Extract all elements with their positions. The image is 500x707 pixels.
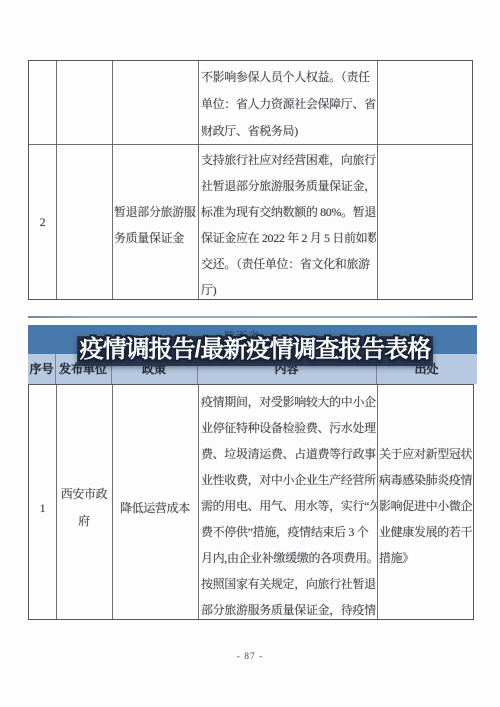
text-line: 业健康发展的若干 [379, 519, 474, 545]
text-line: 部分旅游服务质量保证金，待疫情 [201, 597, 377, 623]
row-seq-cell: 1 [29, 495, 56, 521]
header-seq: 序号 [28, 354, 55, 384]
table-gridline [377, 385, 378, 619]
text-line: 暂退部分旅游服 [114, 199, 197, 225]
table-gridline [112, 61, 113, 299]
text-line: 按照国家有关规定，向旅行社暂退 [201, 571, 377, 597]
row-unit-cell: 西安市政 府 [56, 481, 112, 535]
title-banner: 陕西省 疫情调报告/最新疫情调查报告表格 序号 发布单位 政策 内容 出处 [28, 316, 477, 384]
text-line: 务质量保证金 [114, 225, 197, 251]
table-gridline [377, 61, 378, 299]
text-line: 财政厅、省税务局) [201, 118, 376, 145]
text-line: 业性收费，对中小企业生产经营所 [201, 467, 377, 493]
text-line: 费不停供”措施，疫情结束后 3 个 [201, 519, 377, 545]
row-source-cell: 关于应对新型冠状 病毒感染肺炎疫情 影响促进中小微企 业健康发展的若干 措施》 [379, 441, 474, 571]
text-line: 标准为现有交纳数额的 80%。暂退 [201, 199, 376, 225]
text-line: 关于应对新型冠状 [379, 441, 474, 467]
banner-top-edge [28, 316, 477, 318]
text-line: 交还。（责任单位：省文化和旅游 [201, 251, 376, 277]
text-line: 社暂退部分旅游服务质量保证金， [201, 173, 376, 199]
table-gridline [198, 385, 199, 619]
table-gridline [56, 61, 57, 299]
text-line: 单位：省人力资源社会保障厅、省 [201, 91, 376, 118]
page-title: 疫情调报告/最新疫情调查报告表格 [77, 335, 433, 365]
text-line: 不影响参保人员个人权益。（责任 [201, 64, 376, 91]
text-line: 西安市政 [56, 481, 112, 508]
page-number: - 87 - [0, 652, 500, 662]
text-line: 厅) [201, 277, 376, 303]
header-divider [55, 354, 56, 384]
text-line: 支持旅行社应对经营困难，向旅行 [201, 147, 376, 173]
row-policy-cell: 降低运营成本 [112, 495, 198, 521]
upper-row2-seq-cell: 2 [29, 209, 56, 235]
text-line: 措施》 [379, 545, 474, 571]
upper-row2-content-cell: 支持旅行社应对经营困难，向旅行 社暂退部分旅游服务质量保证金， 标准为现有交纳数… [201, 147, 376, 303]
text-line: 费、垃圾清运费、占道费等行政事 [201, 441, 377, 467]
text-line: 需的用电、用气、用水等，实行“欠 [201, 493, 377, 519]
upper-row1-content-cell: 不影响参保人员个人权益。（责任 单位：省人力资源社会保障厅、省 财政厅、省税务局… [201, 64, 376, 145]
row-content-cell: 疫情期间，对受影响较大的中小企 业停征特种设备检验费、污水处理 费、垃圾清运费、… [201, 389, 377, 623]
document-page: 不影响参保人员个人权益。（责任 单位：省人力资源社会保障厅、省 财政厅、省税务局… [0, 0, 500, 707]
text-line: 疫情期间，对受影响较大的中小企 [201, 389, 377, 415]
table-gridline [198, 61, 199, 299]
text-line: 府 [56, 508, 112, 535]
text-line: 保证金应在 2022 年 2 月 5 日前如数 [201, 225, 376, 251]
text-line: 月内,由企业补缴缓缴的各项费用。 [201, 545, 377, 571]
title-strip: 疫情调报告/最新疫情调查报告表格 [77, 336, 433, 366]
text-line: 业停征特种设备检验费、污水处理 [201, 415, 377, 441]
upper-policy-table: 不影响参保人员个人权益。（责任 单位：省人力资源社会保障厅、省 财政厅、省税务局… [28, 60, 473, 300]
text-line: 病毒感染肺炎疫情 [379, 467, 474, 493]
upper-row2-policy-cell: 暂退部分旅游服 务质量保证金 [114, 199, 197, 251]
text-line: 影响促进中小微企 [379, 493, 474, 519]
lower-policy-table: 1 西安市政 府 降低运营成本 疫情期间，对受影响较大的中小企 业停征特种设备检… [28, 384, 474, 620]
